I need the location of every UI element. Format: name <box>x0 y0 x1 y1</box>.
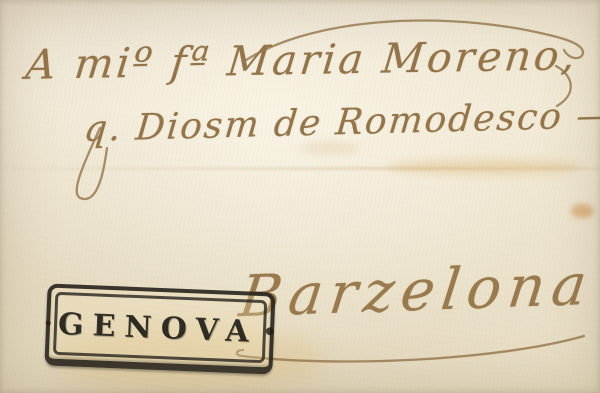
right-edge-stain <box>571 204 594 218</box>
fold-crease <box>0 167 600 170</box>
postmark-inner-frame: • GENOVA • <box>53 292 267 363</box>
small-fold-stain <box>300 142 360 154</box>
comma-flourish <box>556 66 571 106</box>
destination-script: Barzelona <box>236 252 597 331</box>
address-line-2: q. Diosm de Romodesco — <box>82 95 600 150</box>
maria-top-flourish <box>243 21 583 62</box>
letter-cover: A miº fª Maria Moreno, q. Diosm de Romod… <box>0 0 600 393</box>
genova-postmark: • GENOVA • <box>44 283 275 374</box>
address-line-1: A miº fª Maria Moreno, <box>24 31 581 89</box>
barzelona-underline <box>237 336 584 362</box>
postmark-left-dot: • <box>43 314 53 332</box>
postmark-text: GENOVA <box>57 307 258 350</box>
q-descender-flourish <box>77 128 107 199</box>
postmark-right-dot: • <box>262 319 277 346</box>
